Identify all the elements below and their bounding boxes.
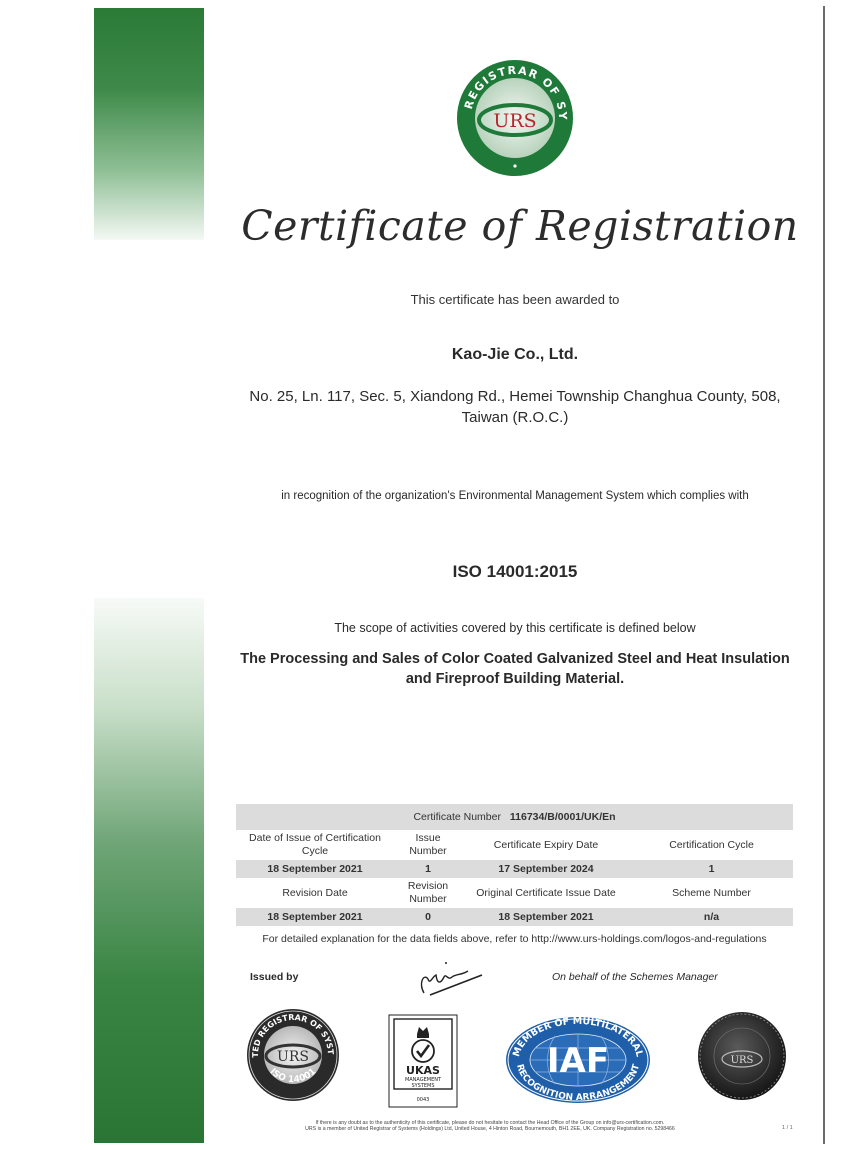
header-cell: Issue Number	[394, 830, 462, 860]
signature	[410, 955, 490, 1000]
urs-iso-14001-logo: UNITED REGISTRAR OF SYSTEMS ISO 14001 UR…	[246, 1008, 340, 1102]
table-header-row-2: Revision Date Revision Number Original C…	[236, 878, 793, 908]
behalf-text: On behalf of the Schemes Manager	[552, 971, 718, 983]
table-header-row-1: Date of Issue of Certification Cycle Iss…	[236, 830, 793, 860]
scope-intro: The scope of activities covered by this …	[240, 621, 790, 635]
svg-text:URS: URS	[277, 1049, 309, 1065]
value-cell: n/a	[630, 908, 793, 926]
svg-text:IAF: IAF	[547, 1041, 609, 1081]
company-name: Kao-Jie Co., Ltd.	[240, 346, 790, 364]
ukas-logo: UKAS MANAGEMENT SYSTEMS 0043	[388, 1014, 458, 1108]
urs-embossed-seal: URS	[697, 1011, 787, 1101]
header-cell: Scheme Number	[630, 878, 793, 908]
urs-logo: UNITED REGISTRAR OF SYSTEMS URS	[455, 58, 575, 178]
certificate-title: Certificate of Registration	[200, 202, 840, 250]
svg-text:SYSTEMS: SYSTEMS	[411, 1083, 434, 1089]
value-cell: 1	[630, 860, 793, 878]
header-cell: Revision Number	[394, 878, 462, 908]
certificate-number-row: Certificate Number 116734/B/0001/UK/En	[236, 804, 793, 830]
table-value-row-2: 18 September 2021 0 18 September 2021 n/…	[236, 908, 793, 926]
footer-line-2: URS is a member of United Registrar of S…	[240, 1126, 740, 1132]
value-cell: 18 September 2021	[236, 860, 394, 878]
scope-line-1: The Processing and Sales of Color Coated…	[240, 649, 790, 669]
value-cell: 0	[394, 908, 462, 926]
green-side-bar-top	[94, 8, 204, 240]
svg-text:UKAS: UKAS	[406, 1064, 440, 1077]
address-line-1: No. 25, Ln. 117, Sec. 5, Xiandong Rd., H…	[240, 386, 790, 407]
value-cell: 17 September 2024	[462, 860, 630, 878]
certificate-details-table: Certificate Number 116734/B/0001/UK/En D…	[236, 804, 793, 926]
svg-text:0043: 0043	[417, 1097, 430, 1103]
certificate-number-value: 116734/B/0001/UK/En	[510, 811, 616, 823]
green-side-bar-bottom	[94, 598, 204, 1143]
value-cell: 18 September 2021	[462, 908, 630, 926]
address-line-2: Taiwan (R.O.C.)	[240, 407, 790, 428]
value-cell: 1	[394, 860, 462, 878]
svg-text:URS: URS	[731, 1055, 754, 1066]
footer-disclaimer: If there is any doubt as to the authenti…	[240, 1120, 740, 1132]
recognition-text: in recognition of the organization's Env…	[240, 490, 790, 502]
awarded-text: This certificate has been awarded to	[240, 292, 790, 307]
scope-of-activities: The Processing and Sales of Color Coated…	[240, 649, 790, 689]
header-cell: Date of Issue of Certification Cycle	[236, 830, 394, 860]
issued-by-label: Issued by	[250, 971, 298, 983]
value-cell: 18 September 2021	[236, 908, 394, 926]
regulations-link-note: For detailed explanation for the data fi…	[236, 933, 793, 945]
table-value-row-1: 18 September 2021 1 17 September 2024 1	[236, 860, 793, 878]
svg-text:URS: URS	[493, 110, 536, 132]
header-cell: Original Certificate Issue Date	[462, 878, 630, 908]
page-number: 1 / 1	[782, 1125, 793, 1131]
standard-name: ISO 14001:2015	[240, 562, 790, 582]
iaf-mla-logo: MEMBER OF MULTILATERAL RECOGNITION ARRAN…	[505, 1016, 651, 1104]
header-cell: Certificate Expiry Date	[462, 830, 630, 860]
header-cell: Certification Cycle	[630, 830, 793, 860]
scope-line-2: and Fireproof Building Material.	[240, 669, 790, 689]
company-address: No. 25, Ln. 117, Sec. 5, Xiandong Rd., H…	[240, 386, 790, 428]
header-cell: Revision Date	[236, 878, 394, 908]
certificate-number-label: Certificate Number	[413, 811, 501, 823]
right-border-rule	[823, 6, 825, 1144]
